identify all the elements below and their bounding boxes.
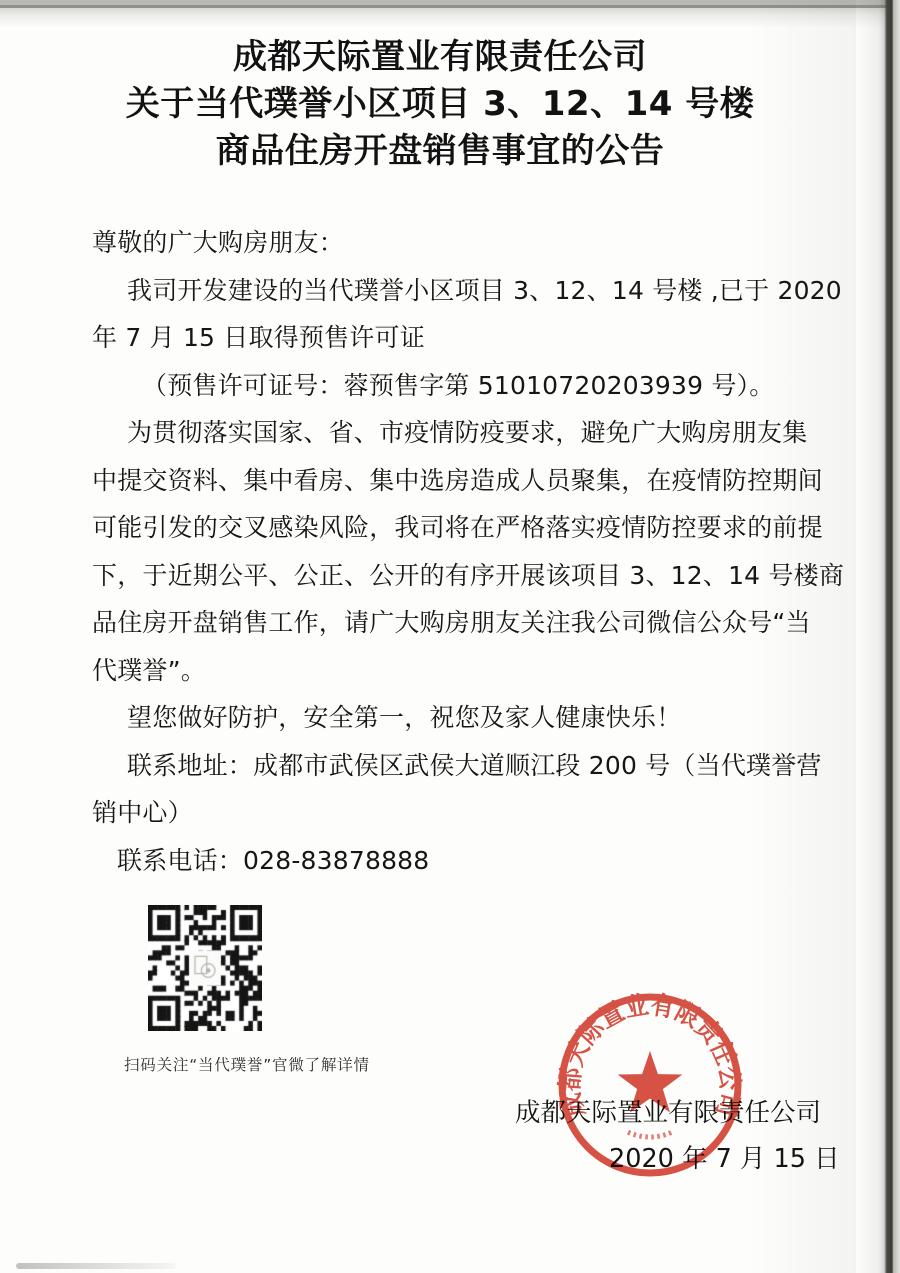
title-line: 成都天际置业有限责任公司 xyxy=(0,34,880,81)
body-line: 中提交资料、集中看房、集中选房造成人员聚集，在疫情防控期间 xyxy=(92,457,828,505)
document-body: 尊敬的广大购房朋友：我司开发建设的当代璞誉小区项目 3、12、14 号楼 ,已于… xyxy=(92,219,828,884)
body-line: 联系电话：028-83878888 xyxy=(92,837,828,885)
body-line: 年 7 月 15 日取得预售许可证 xyxy=(92,314,828,362)
scan-edge-right xyxy=(856,0,900,1273)
qr-code-icon xyxy=(148,905,262,1031)
body-line: 销中心） xyxy=(92,789,828,837)
seal-serial-marks xyxy=(628,1132,672,1137)
scan-edge-top xyxy=(0,0,900,28)
body-line: 下，于近期公平、公正、公开的有序开展该项目 3、12、14 号楼商 xyxy=(92,552,828,600)
body-line: 可能引发的交叉感染风险，我司将在严格落实疫情防控要求的前提 xyxy=(92,504,828,552)
body-line: 尊敬的广大购房朋友： xyxy=(92,219,828,267)
body-line: 品住房开盘销售工作，请广大购房朋友关注我公司微信公众号“当 xyxy=(92,599,828,647)
signature-company: 成都天际置业有限责任公司 xyxy=(515,1093,821,1129)
document-title: 成都天际置业有限责任公司关于当代璞誉小区项目 3、12、14 号楼商品住房开盘销… xyxy=(0,34,880,175)
body-line: 我司开发建设的当代璞誉小区项目 3、12、14 号楼 ,已于 2020 xyxy=(92,267,828,315)
scan-smudge xyxy=(16,1263,176,1269)
body-line: （预售许可证号：蓉预售字第 51010720203939 号）。 xyxy=(92,362,828,410)
title-line: 商品住房开盘销售事宜的公告 xyxy=(0,128,880,175)
body-line: 联系地址：成都市武侯区武侯大道顺江段 200 号（当代璞誉营 xyxy=(92,742,828,790)
document-page: 成都天际置业有限责任公司关于当代璞誉小区项目 3、12、14 号楼商品住房开盘销… xyxy=(0,0,900,1273)
body-line: 为贯彻落实国家、省、市疫情防疫要求，避免广大购房朋友集 xyxy=(92,409,828,457)
signature-date: 2020 年 7 月 15 日 xyxy=(609,1139,840,1175)
qr-caption: 扫码关注“当代璞誉”官微了解详情 xyxy=(124,1053,370,1075)
body-line: 望您做好防护，安全第一，祝您及家人健康快乐！ xyxy=(92,694,828,742)
body-line: 代璞誉”。 xyxy=(92,647,828,695)
title-line: 关于当代璞誉小区项目 3、12、14 号楼 xyxy=(0,81,880,128)
